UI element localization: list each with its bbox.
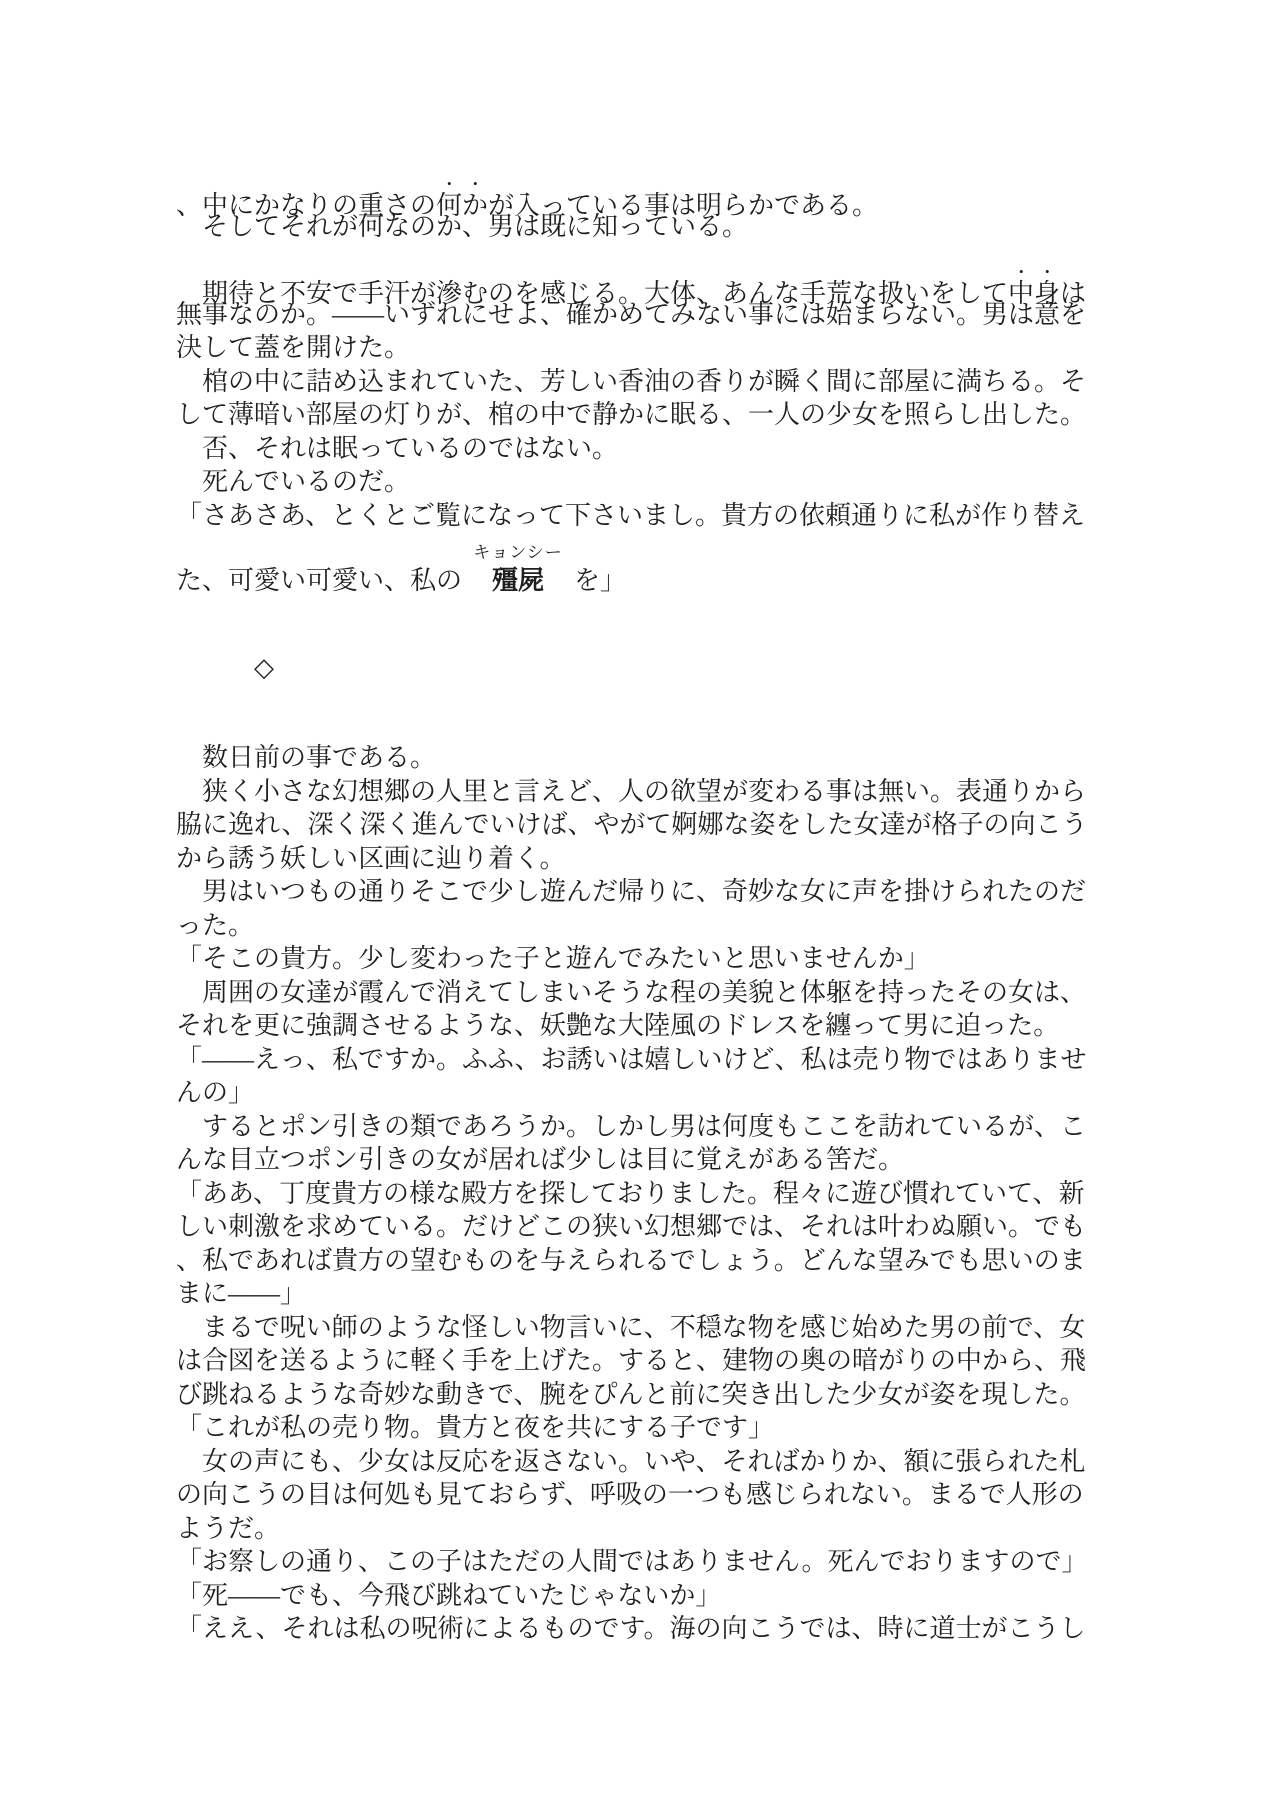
- text-segment: 周囲の女達が霞んで消えてしまいそうな程の美貌と体躯を持ったその女は、: [202, 978, 1086, 1007]
- text-line: するとポン引きの類であろうか。しかし男は何度もここを訪れているが、こ: [176, 1110, 1116, 1144]
- text-line: 死んでいるのだ。: [176, 465, 1116, 499]
- text-segment: 女の声にも、少女は反応を返さない。いや、そればかりか、額に張られた札: [202, 1447, 1085, 1476]
- text-segment: 数日前の事である。: [202, 743, 436, 772]
- text-line: んの」: [176, 1076, 1116, 1110]
- text-segment: 決して蓋を開けた。: [176, 333, 410, 362]
- text-line: んな目立つポン引きの女が居れば少しは目に覚えがある筈だ。: [176, 1143, 1116, 1177]
- text-segment: を」: [574, 566, 626, 595]
- text-line: 棺の中に詰め込まれていた、芳しい香油の香りが瞬く間に部屋に満ちる。そ: [176, 365, 1116, 399]
- text-line: 「これが私の売り物。貴方と夜を共にする子です」: [176, 1411, 1116, 1445]
- text-segment: 無事なのか。——いずれにせよ、確かめてみない事には始まらない。男は意を: [176, 300, 1086, 329]
- text-line: 「——えっ、私ですか。ふふ、お誘いは嬉しいけど、私は売り物ではありませ: [176, 1043, 1116, 1077]
- text-segment: 狭く小さな幻想郷の人里と言えど、人の欲望が変わる事は無い。表通りから: [202, 777, 1086, 806]
- text-segment: 「ええ、それは私の呪術によるものです。海の向こうでは、時に道士がこうし: [176, 1614, 1085, 1643]
- text-segment: するとポン引きの類であろうか。しかし男は何度もここを訪れているが、こ: [202, 1112, 1086, 1141]
- novel-page: 、中にかなりの重さの何かが入っている事は明らかである。そしてそれが何なのか、男は…: [0, 0, 1280, 1810]
- text-segment: まるで呪い師のような怪しい物言いに、不穏な物を感じ始めた男の前で、女: [202, 1313, 1085, 1342]
- text-segment: び跳ねるような奇妙な動きで、腕をぴんと前に突き出した少女が姿を現した。: [176, 1380, 1085, 1409]
- text-segment: 「ああ、丁度貴方の様な殿方を探しておりました。程々に遊び慣れていて、新: [176, 1179, 1084, 1208]
- text-segment: んな目立つポン引きの女が居れば少しは目に覚えがある筈だ。: [176, 1145, 904, 1174]
- text-line: は合図を送るように軽く手を上げた。すると、建物の奥の暗がりの中から、飛: [176, 1344, 1116, 1378]
- text-segment: の向こうの目は何処も見ておらず、呼吸の一つも感じられない。まるで人形の: [176, 1480, 1084, 1509]
- text-segment: 死んでいるのだ。: [202, 467, 410, 496]
- text-line: それを更に強調させるような、妖艶な大陸風のドレスを纏って男に迫った。: [176, 1009, 1116, 1043]
- text-line: しい刺激を求めている。だけどこの狭い幻想郷では、それは叶わぬ願い。でも: [176, 1210, 1116, 1244]
- text-segment: た、可愛い可愛い、私の: [176, 566, 462, 595]
- text-segment: して薄暗い部屋の灯りが、棺の中で静かに眠る、一人の少女を照らし出した。: [176, 400, 1086, 429]
- text-segment: 脇に逸れ、深く深く進んでいけば、やがて婀娜な姿をした女達が格子の向こう: [176, 810, 1088, 839]
- text-line: の向こうの目は何処も見ておらず、呼吸の一つも感じられない。まるで人形の: [176, 1478, 1116, 1512]
- text-line: まに——」: [176, 1277, 1116, 1311]
- text-line: 「死——でも、今飛び跳ねていたじゃないか」: [176, 1579, 1116, 1613]
- text-line: ようだ。: [176, 1512, 1116, 1546]
- text-line: 数日前の事である。: [176, 741, 1116, 775]
- text-line: 「そこの貴方。少し変わった子と遊んでみたいと思いませんか」: [176, 942, 1116, 976]
- text-segment: 「死——でも、今飛び跳ねていたじゃないか」: [176, 1581, 721, 1610]
- text-segment: から誘う妖しい区画に辿り着く。: [176, 844, 565, 873]
- text-line: 期待と不安で手汗が滲むのを感じる。大体、あんな手荒な扱いをして中身は: [176, 264, 1116, 298]
- text-segment: 「そこの貴方。少し変わった子と遊んでみたいと思いませんか」: [176, 944, 930, 973]
- text-segment: った。: [176, 911, 254, 940]
- text-line: 決して蓋を開けた。: [176, 331, 1116, 365]
- text-line: 女の声にも、少女は反応を返さない。いや、そればかりか、額に張られた札: [176, 1445, 1116, 1479]
- text-line: まるで呪い師のような怪しい物言いに、不穏な物を感じ始めた男の前で、女: [176, 1311, 1116, 1345]
- text-line: 「ああ、丁度貴方の様な殿方を探しておりました。程々に遊び慣れていて、新: [176, 1177, 1116, 1211]
- text-line: 狭く小さな幻想郷の人里と言えど、人の欲望が変わる事は無い。表通りから: [176, 775, 1116, 809]
- text-segment: それを更に強調させるような、妖艶な大陸風のドレスを纏って男に迫った。: [176, 1011, 1059, 1040]
- text-line: 無事なのか。——いずれにせよ、確かめてみない事には始まらない。男は意を: [176, 298, 1116, 332]
- text-segment: まに——」: [176, 1279, 306, 1308]
- text-segment: ◇: [254, 653, 274, 682]
- text-line: 「ええ、それは私の呪術によるものです。海の向こうでは、時に道士がこうし: [176, 1612, 1116, 1646]
- text-segment: しい刺激を求めている。だけどこの狭い幻想郷では、それは叶わぬ願い。でも: [176, 1212, 1086, 1241]
- section-divider: ◇: [176, 651, 1116, 685]
- text-line: 、中にかなりの重さの何かが入っている事は明らかである。: [176, 176, 1116, 210]
- text-line: った。: [176, 909, 1116, 943]
- text-segment: 「これが私の売り物。貴方と夜を共にする子です」: [176, 1413, 774, 1442]
- text-line: 、私であれば貴方の望むものを与えられるでしょう。どんな望みでも思いのま: [176, 1244, 1116, 1278]
- text-segment: 、私であれば貴方の望むものを与えられるでしょう。どんな望みでも思いのま: [176, 1246, 1086, 1275]
- text-line: から誘う妖しい区画に辿り着く。: [176, 842, 1116, 876]
- text-line: 否、それは眠っているのではない。: [176, 432, 1116, 466]
- text-segment: 男はいつもの通りそこで少し遊んだ帰りに、奇妙な女に声を掛けられたのだ: [202, 877, 1086, 906]
- text-segment: ようだ。: [176, 1514, 280, 1543]
- text-segment: 「お察しの通り、この子はただの人間ではありません。死んでおりますので」: [176, 1547, 1088, 1576]
- text-line: 周囲の女達が霞んで消えてしまいそうな程の美貌と体躯を持ったその女は、: [176, 976, 1116, 1010]
- ruby-annotated-word: キョンシー殭屍: [462, 564, 574, 598]
- text-line: そしてそれが何なのか、男は既に知っている。: [176, 210, 1116, 244]
- text-line: 男はいつもの通りそこで少し遊んだ帰りに、奇妙な女に声を掛けられたのだ: [176, 875, 1116, 909]
- text-line: 「さあさあ、とくとご覧になって下さいまし。貴方の依頼通りに私が作り替え: [176, 499, 1116, 533]
- text-segment: 「さあさあ、とくとご覧になって下さいまし。貴方の依頼通りに私が作り替え: [176, 501, 1085, 530]
- text-line: 「お察しの通り、この子はただの人間ではありません。死んでおりますので」: [176, 1545, 1116, 1579]
- text-segment: は合図を送るように軽く手を上げた。すると、建物の奥の暗がりの中から、飛: [176, 1346, 1086, 1375]
- text-line: 脇に逸れ、深く深く進んでいけば、やがて婀娜な姿をした女達が格子の向こう: [176, 808, 1116, 842]
- text-segment: 棺の中に詰め込まれていた、芳しい香油の香りが瞬く間に部屋に満ちる。そ: [202, 367, 1086, 396]
- text-segment: んの」: [176, 1078, 254, 1107]
- text-segment: そしてそれが何なのか、男は既に知っている。: [202, 212, 748, 241]
- ruby-reading: キョンシー: [473, 542, 563, 564]
- text-segment: 否、それは眠っているのではない。: [202, 434, 618, 463]
- text-column: 、中にかなりの重さの何かが入っている事は明らかである。そしてそれが何なのか、男は…: [176, 176, 1116, 1646]
- text-line: た、可愛い可愛い、私のキョンシー殭屍を」: [176, 564, 1116, 598]
- text-line: して薄暗い部屋の灯りが、棺の中で静かに眠る、一人の少女を照らし出した。: [176, 398, 1116, 432]
- text-line: び跳ねるような奇妙な動きで、腕をぴんと前に突き出した少女が姿を現した。: [176, 1378, 1116, 1412]
- text-segment: 「——えっ、私ですか。ふふ、お誘いは嬉しいけど、私は売り物ではありませ: [176, 1045, 1087, 1074]
